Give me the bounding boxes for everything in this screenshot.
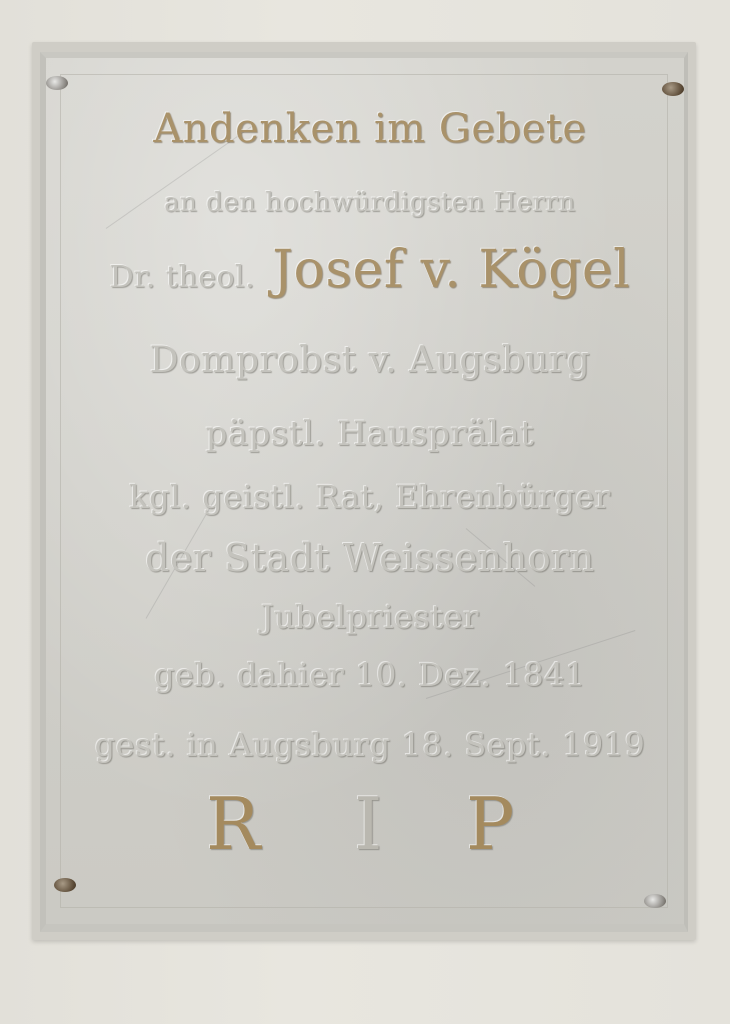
rip-letter-i: I — [354, 782, 382, 866]
academic-title: Dr. theol. — [110, 260, 256, 295]
rip-letter-r: R — [206, 782, 260, 866]
screw-top-left-icon — [46, 76, 68, 90]
deceased-name: Josef v. Kögel — [272, 240, 630, 300]
inscription-line-8: Jubelpriester — [46, 598, 694, 636]
rip-letter-p: P — [466, 782, 514, 866]
screw-bottom-left-icon — [54, 878, 76, 892]
inscription-line-4: Domprobst v. Augsburg — [46, 340, 694, 381]
inscription-line-1: Andenken im Gebete — [46, 106, 694, 152]
inscription-line-3: Dr. theol. Josef v. Kögel — [46, 240, 694, 300]
inscription-line-6: kgl. geistl. Rat, Ehrenbürger — [46, 478, 694, 516]
inscription-line-5: päpstl. Hausprälat — [46, 414, 694, 454]
marble-plaque: Andenken im Gebete an den hochwürdigsten… — [40, 52, 688, 932]
inscription-line-2: an den hochwürdigsten Herrn — [46, 188, 694, 218]
inscription-line-7: der Stadt Weissenhorn — [46, 536, 694, 580]
screw-bottom-right-icon — [644, 894, 666, 908]
rip-letters: R I P — [46, 782, 694, 872]
screw-top-right-icon — [662, 82, 684, 96]
inscription-line-10: gest. in Augsburg 18. Sept. 1919 — [46, 726, 694, 764]
inscription-line-9: geb. dahier 10. Dez. 1841 — [46, 656, 694, 694]
